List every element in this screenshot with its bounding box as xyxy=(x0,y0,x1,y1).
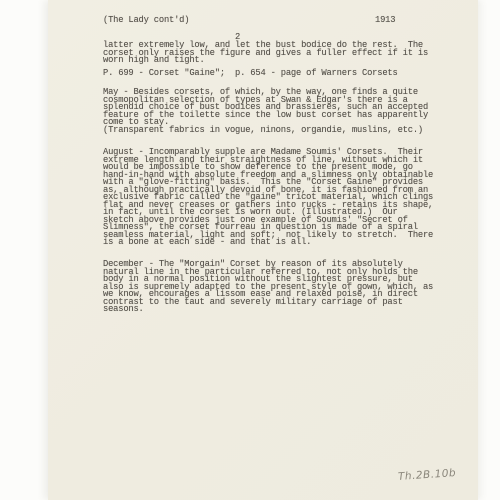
paragraph-reference: P. 699 - Corset "Gaine"; p. 654 - page o… xyxy=(103,70,398,78)
typed-content: (The Lady cont'd) 1913 2 latter extremel… xyxy=(103,0,453,500)
paragraph-december: December - The "Morgain" Corset by reaso… xyxy=(103,261,433,314)
scanned-page: (The Lady cont'd) 1913 2 latter extremel… xyxy=(48,0,478,500)
header-year: 1913 xyxy=(375,17,395,25)
header-title: (The Lady cont'd) xyxy=(103,17,189,25)
paragraph-may: May - Besides corsets, of which, by the … xyxy=(103,89,428,134)
scan-viewport: (The Lady cont'd) 1913 2 latter extremel… xyxy=(0,0,500,500)
paragraph-august: August - Incomparably supple are Madame … xyxy=(103,149,433,247)
paragraph-intro: latter extremely low, and let the bust b… xyxy=(103,42,428,65)
